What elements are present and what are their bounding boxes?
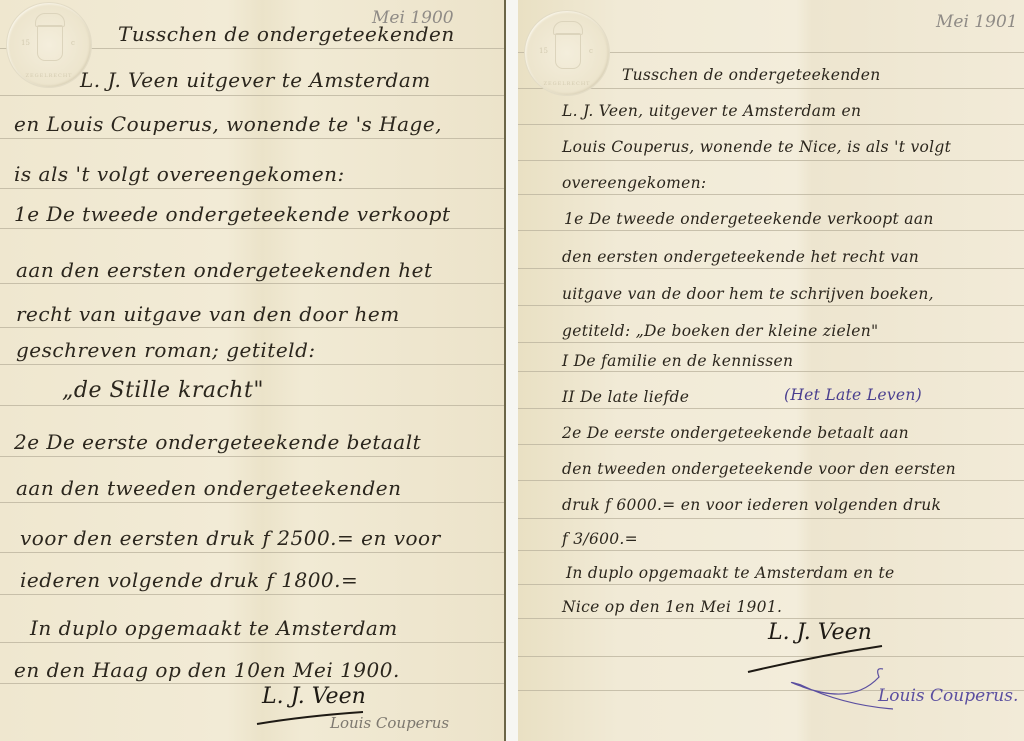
text-line: Nice op den 1en Mei 1901. bbox=[562, 598, 782, 616]
embossed-seal-icon: 15 c ZEGELRECHT bbox=[524, 10, 610, 96]
page-gutter bbox=[506, 0, 518, 741]
text-line: aan den tweeden ondergeteekenden bbox=[16, 476, 402, 500]
text-line: getiteld: „De boeken der kleine zielen" bbox=[562, 322, 878, 340]
text-line: den eersten ondergeteekende het recht va… bbox=[562, 248, 919, 266]
book-title: „de Stille kracht" bbox=[62, 378, 264, 403]
text-line: 1e De tweede ondergeteekende verkoopt bbox=[14, 202, 451, 226]
text-line: L. J. Veen, uitgever te Amsterdam en bbox=[562, 102, 861, 120]
text-line: aan den eersten ondergeteekenden het bbox=[16, 258, 433, 282]
text-line: 2e De eerste ondergeteekende betaalt aan bbox=[562, 424, 909, 442]
signature-couperus: Louis Couperus bbox=[330, 714, 449, 732]
signature-flourish-icon bbox=[783, 665, 893, 715]
text-line: f 3/600.= bbox=[562, 530, 638, 548]
text-line: druk f 6000.= en voor iederen volgenden … bbox=[562, 496, 941, 514]
text-line: Tusschen de ondergeteekenden bbox=[118, 22, 455, 46]
contract-page-1900: 15 c ZEGELRECHT Mei 1900 Tusschen de ond… bbox=[0, 0, 506, 741]
text-line: 2e De eerste ondergeteekende betaalt bbox=[14, 430, 421, 454]
text-line: overeengekomen: bbox=[562, 174, 706, 192]
text-line: II De late liefde bbox=[562, 388, 689, 406]
violet-annotation: (Het Late Leven) bbox=[784, 386, 922, 404]
text-line: en den Haag op den 10en Mei 1900. bbox=[14, 658, 400, 682]
text-line: L. J. Veen uitgever te Amsterdam bbox=[80, 68, 431, 92]
text-line: uitgave van de door hem te schrijven boe… bbox=[562, 285, 934, 303]
text-line: recht van uitgave van den door hem bbox=[16, 302, 400, 326]
text-line: den tweeden ondergeteekende voor den eer… bbox=[562, 460, 956, 478]
signature-veen: L. J. Veen bbox=[262, 684, 366, 709]
text-line: voor den eersten druk f 2500.= en voor bbox=[20, 526, 441, 550]
text-line: geschreven roman; getiteld: bbox=[16, 338, 316, 362]
text-line: en Louis Couperus, wonende te 's Hage, bbox=[14, 112, 442, 136]
text-line: iederen volgende druk f 1800.= bbox=[20, 568, 358, 592]
text-line: In duplo opgemaakt te Amsterdam bbox=[30, 616, 398, 640]
text-line: 1e De tweede ondergeteekende verkoopt aa… bbox=[564, 210, 934, 228]
text-line: I De familie en de kennissen bbox=[562, 352, 793, 370]
pencil-date-note: Mei 1901 bbox=[936, 12, 1018, 32]
contract-page-1901: 15 c ZEGELRECHT Mei 1901 Tusschen de ond… bbox=[518, 0, 1024, 741]
text-line: In duplo opgemaakt te Amsterdam en te bbox=[566, 564, 895, 582]
text-line: Louis Couperus, wonende te Nice, is als … bbox=[562, 138, 951, 156]
signature-couperus: Louis Couperus. bbox=[878, 686, 1018, 706]
text-line: Tusschen de ondergeteekenden bbox=[622, 66, 881, 84]
text-line: is als 't volgt overeengekomen: bbox=[14, 162, 345, 186]
